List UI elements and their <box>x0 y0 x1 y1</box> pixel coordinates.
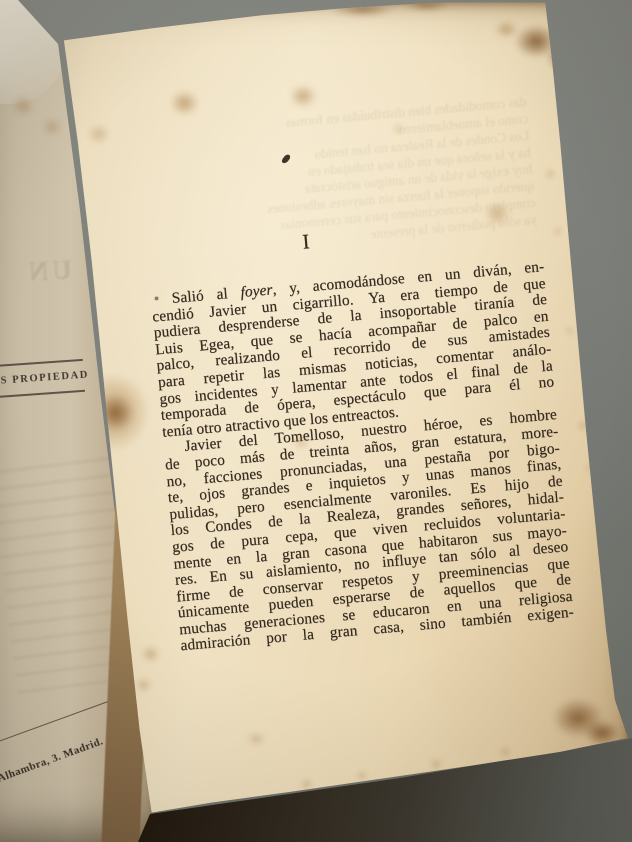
foxing-spot <box>586 465 593 472</box>
stamp-rule-bottom <box>0 390 85 398</box>
foxing-spot <box>142 646 160 662</box>
page-text: I Salió al foyer, y, acomodándose en un … <box>146 209 575 655</box>
foxing-spot <box>301 780 312 789</box>
showthrough-title: UN <box>11 254 73 288</box>
property-stamp: ES PROPIEDAD <box>0 359 85 398</box>
foxing-spot <box>42 118 62 136</box>
foxing-spot <box>12 96 34 116</box>
foxing-spot <box>289 84 317 108</box>
foxing-spot <box>393 124 405 134</box>
foxing-spot <box>554 228 561 235</box>
stamp-rule-top <box>0 359 83 367</box>
foxing-spot <box>170 90 200 116</box>
page-curl <box>0 0 70 104</box>
foxing-spot <box>357 772 367 780</box>
body-text: Salió al foyer, y, acomodándose en un di… <box>150 259 574 655</box>
foxing-spot <box>500 748 510 756</box>
foxing-spot <box>431 760 442 769</box>
foxing-spot <box>546 170 554 178</box>
foxing-spot <box>136 678 152 692</box>
foxing-spot <box>88 124 110 144</box>
property-stamp-text: ES PROPIEDAD <box>0 370 84 387</box>
foxing-spot <box>566 327 573 334</box>
foxing-spot <box>484 202 510 226</box>
foxing-spot <box>293 435 309 449</box>
paragraph: Javier del Tomelloso, nuestro héroe, es … <box>163 407 575 655</box>
foxing-spot <box>494 20 518 38</box>
foxing-spot <box>247 732 265 746</box>
